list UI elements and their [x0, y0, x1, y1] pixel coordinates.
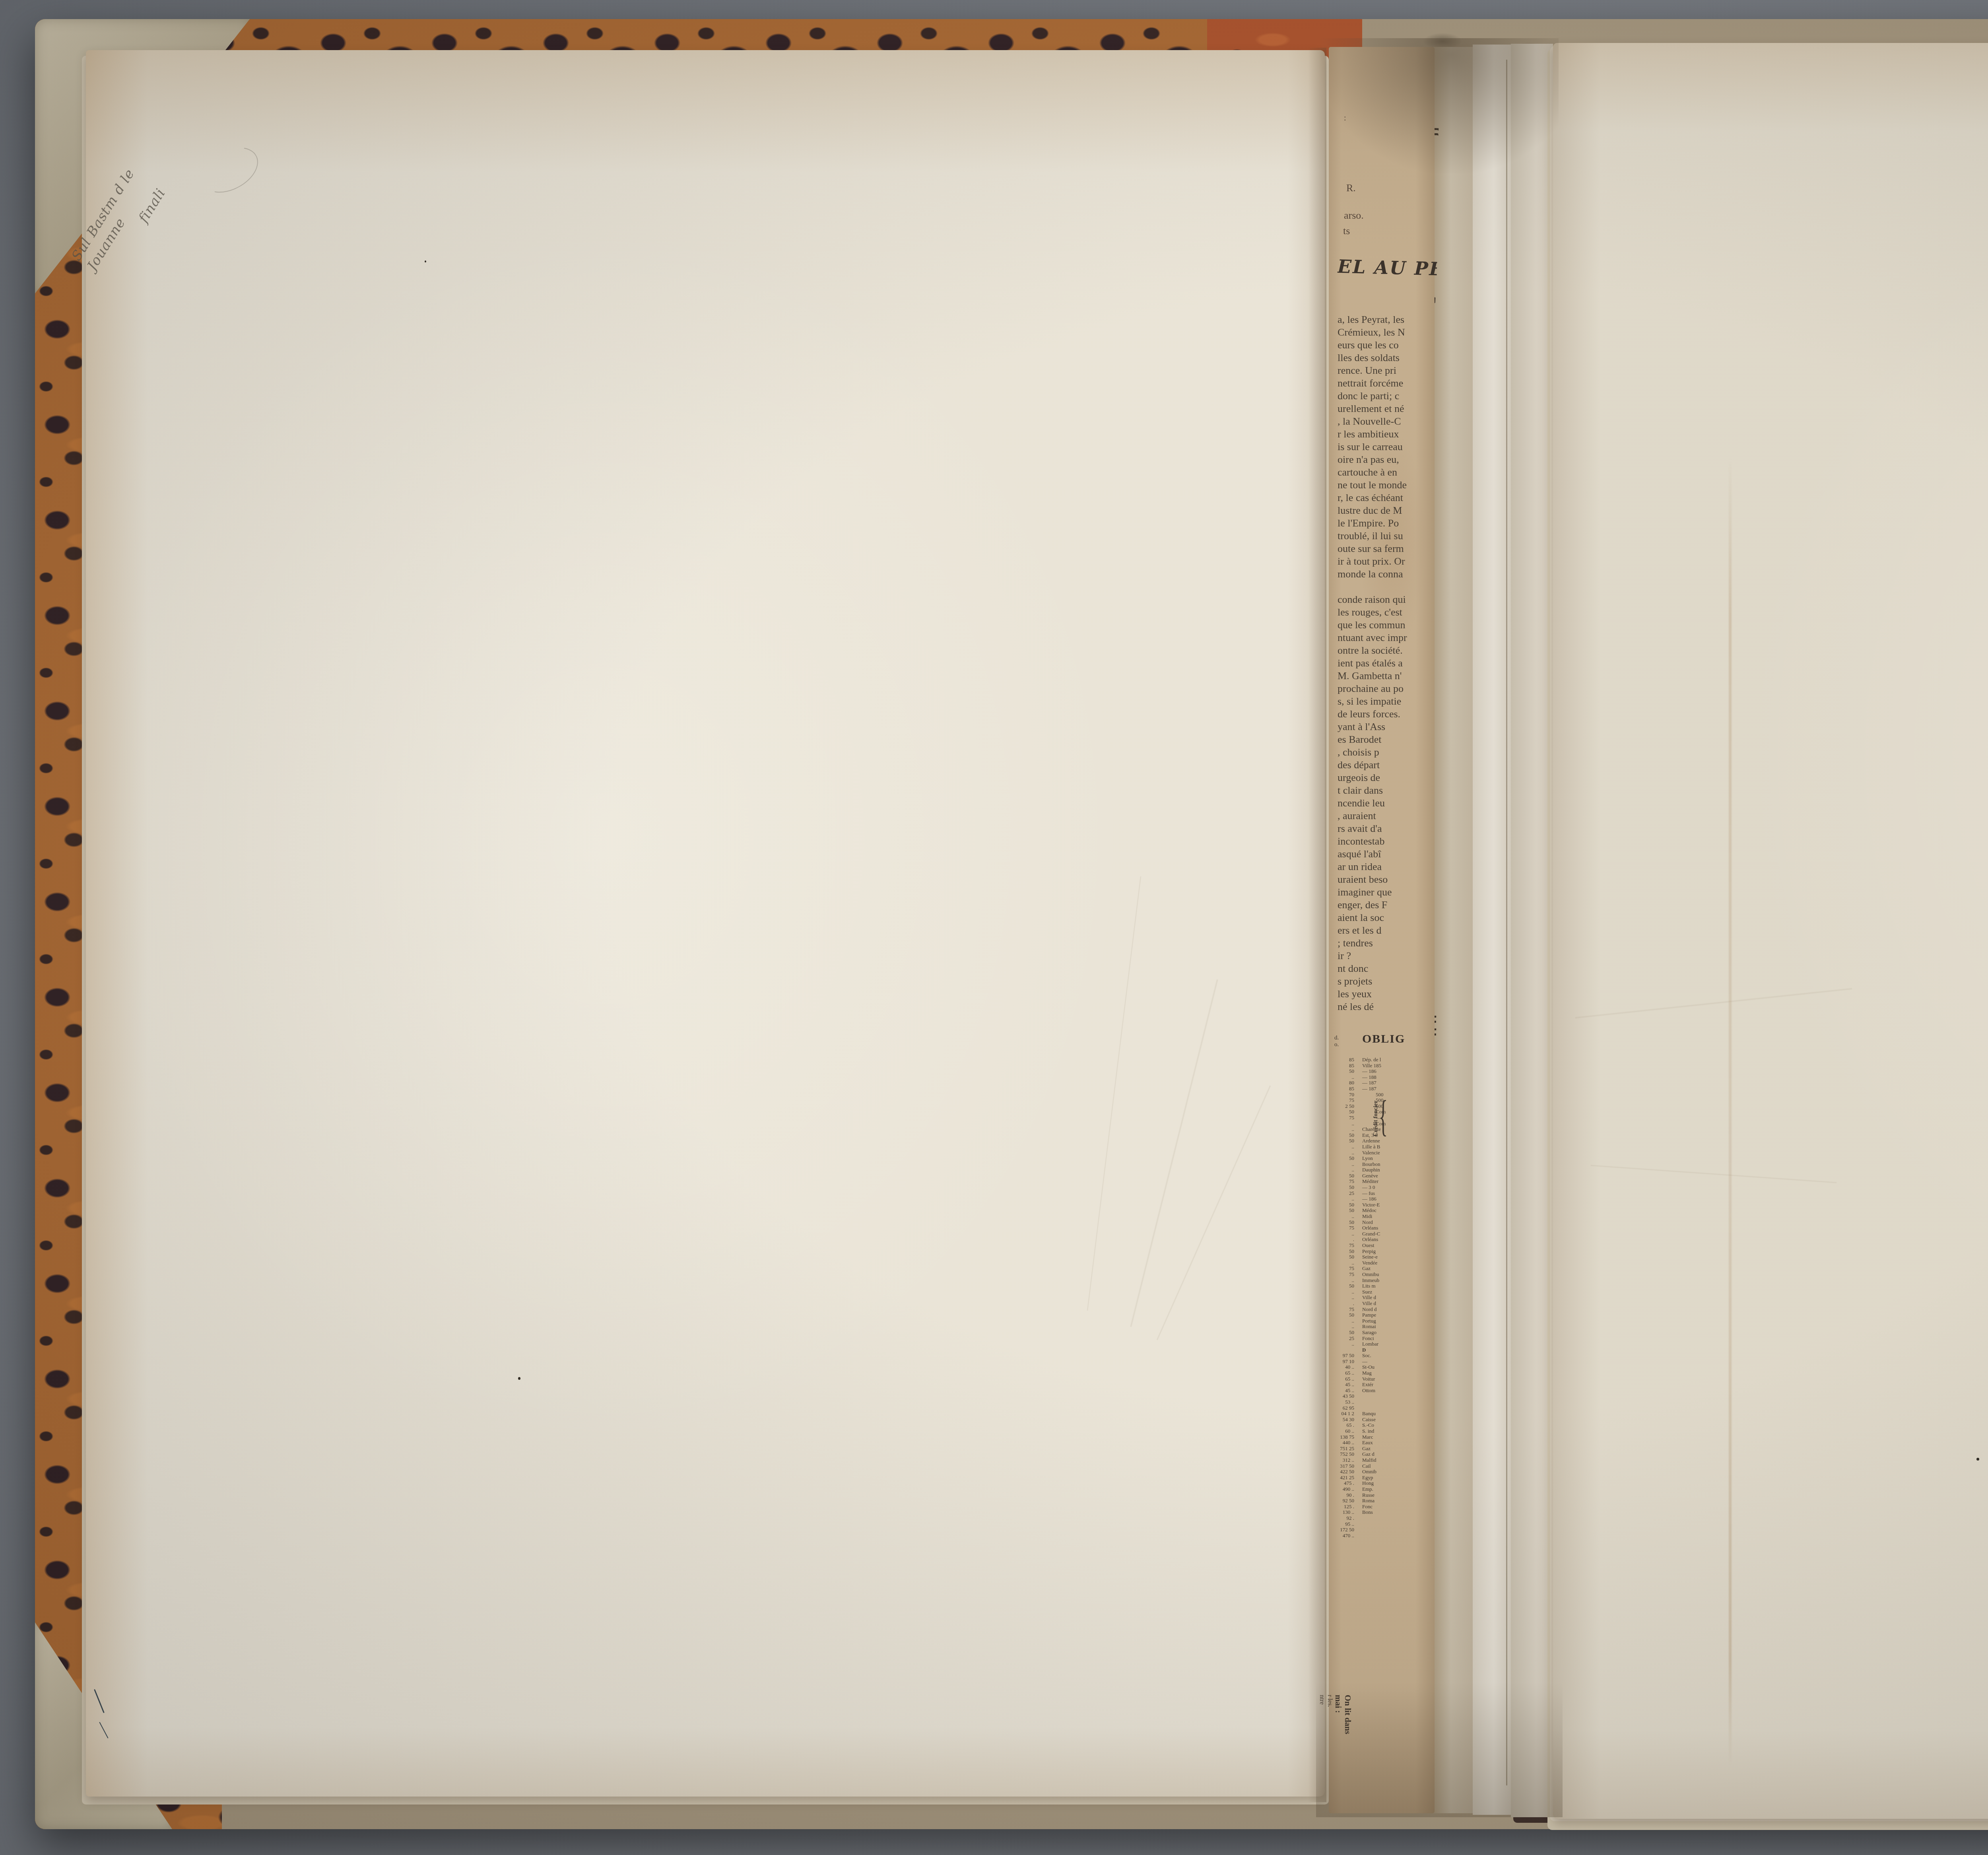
newspaper-text-line: es Barodet	[1338, 733, 1435, 746]
newspaper-text-line: ir à tout prix. Or	[1338, 555, 1435, 568]
price-fragment: ..	[1333, 1150, 1357, 1156]
price-fragment: 50	[1333, 1202, 1357, 1208]
price-fragment: 45 ..	[1333, 1382, 1357, 1388]
price-fragment: 50	[1333, 1220, 1357, 1226]
newspaper-text-line: asqué l'abî	[1338, 848, 1435, 860]
price-fragment: ..	[1333, 1289, 1357, 1295]
gutter-head-wear	[1320, 38, 1559, 173]
security-name-fragment: Banqu	[1357, 1411, 1435, 1417]
security-name-fragment: Nord	[1357, 1220, 1435, 1226]
market-table-row: 50Lyon	[1333, 1156, 1435, 1162]
price-fragment: 85	[1333, 1063, 1357, 1069]
price-fragment: 65 ..	[1333, 1370, 1357, 1376]
security-name-fragment	[1357, 1533, 1435, 1539]
market-table-row: ..Midi	[1333, 1214, 1435, 1220]
price-fragment: 70	[1333, 1092, 1357, 1098]
newspaper-column-text: a, les Peyrat, lesCrémieux, les Neurs qu…	[1338, 313, 1435, 1013]
newspaper-text-line: prochaine au po	[1338, 682, 1435, 695]
market-table-row: 312 ..Malfid	[1333, 1457, 1435, 1463]
security-name-fragment: Egyp	[1357, 1475, 1435, 1481]
price-fragment: 317 50	[1333, 1463, 1357, 1469]
newspaper-text-line: ient pas étalés a	[1338, 657, 1435, 670]
market-table-row: 97 10—	[1333, 1359, 1435, 1365]
newspaper-text-line: que les commun	[1338, 619, 1435, 631]
price-fragment: 97 50	[1333, 1353, 1357, 1359]
market-table-row: 75Ouest	[1333, 1243, 1435, 1249]
price-fragment: 752 50	[1333, 1451, 1357, 1457]
price-fragment: ..	[1333, 1260, 1357, 1266]
market-table-row: 475 .Hong	[1333, 1480, 1435, 1486]
newspaper-text-line: enger, des F	[1338, 899, 1435, 911]
market-table-side-label: Crédit foncier	[1373, 1101, 1379, 1136]
market-table-row: 92 .	[1333, 1515, 1435, 1521]
market-table-row: 50Victor-E	[1333, 1202, 1435, 1208]
security-name-fragment: Eaux	[1357, 1440, 1435, 1446]
market-table-row: ..Vendée	[1333, 1260, 1435, 1266]
newspaper-text-line: t clair dans	[1338, 784, 1435, 797]
market-table-row: 50Nord	[1333, 1220, 1435, 1226]
price-fragment: 50	[1333, 1330, 1357, 1336]
market-table-row: 50Lits m	[1333, 1283, 1435, 1289]
security-name-fragment: Bourbon	[1357, 1162, 1435, 1167]
security-name-fragment: Malfid	[1357, 1457, 1435, 1463]
price-fragment: 75	[1333, 1097, 1357, 1103]
vertical-stain-line	[1729, 457, 1732, 1766]
price-fragment: ..	[1333, 1121, 1357, 1127]
left-blank-page	[86, 50, 1325, 1797]
market-table-row: ..Suez	[1333, 1289, 1435, 1295]
newspaper-fragment: ts	[1343, 225, 1350, 237]
security-name-fragment: Ville 185	[1357, 1063, 1435, 1069]
market-table-row: 138 75Marc	[1333, 1434, 1435, 1440]
newspaper-text-line: lustre duc de M	[1338, 504, 1435, 517]
market-table-row: 470 ..	[1333, 1533, 1435, 1539]
security-name-fragment: —	[1357, 1359, 1435, 1365]
security-name-fragment: Grand-C	[1357, 1231, 1435, 1237]
security-name-fragment: Ville d	[1357, 1301, 1435, 1307]
security-name-fragment: Ouest	[1357, 1243, 1435, 1249]
security-name-fragment: Bons	[1357, 1509, 1435, 1515]
price-fragment: 440 ..	[1333, 1440, 1357, 1446]
price-fragment: 92 .	[1333, 1515, 1357, 1521]
price-fragment: 50	[1333, 1109, 1357, 1115]
price-fragment: ..	[1333, 1318, 1357, 1324]
market-table-row: 25— fus	[1333, 1191, 1435, 1197]
price-fragment: ..	[1333, 1214, 1357, 1220]
security-name-fragment: Charente	[1357, 1127, 1435, 1132]
security-name-fragment: Orléans	[1357, 1225, 1435, 1231]
security-name-fragment: D	[1357, 1347, 1435, 1353]
newspaper-text-line: conde raison qui	[1338, 593, 1435, 606]
newspaper-text-line: monde la conna	[1338, 568, 1435, 581]
speck	[518, 1377, 520, 1380]
security-name-fragment: Nord d	[1357, 1307, 1435, 1313]
newspaper-text-line: des départ	[1338, 759, 1435, 771]
price-fragment: 75	[1333, 1225, 1357, 1231]
newspaper-text-line: is sur le carreau	[1338, 441, 1435, 453]
market-table-row: 50Perpig	[1333, 1249, 1435, 1255]
price-fragment: 50	[1333, 1249, 1357, 1255]
market-table-row: 62 95	[1333, 1405, 1435, 1411]
market-table-row: 751 25Gaz	[1333, 1446, 1435, 1452]
market-table-row: 90 .Russe	[1333, 1492, 1435, 1498]
gutter-tail-shadow	[1316, 1682, 1563, 1817]
price-fragment: 125 .	[1333, 1504, 1357, 1510]
security-name-fragment: Suez	[1357, 1289, 1435, 1295]
marbled-leather-left-edge	[35, 19, 88, 1829]
security-name-fragment: Com	[1357, 1121, 1435, 1127]
security-name-fragment: —	[1357, 1115, 1435, 1121]
newspaper-text-line: imaginer que	[1338, 886, 1435, 899]
price-fragment: 25	[1333, 1191, 1357, 1197]
security-name-fragment: 500	[1357, 1092, 1435, 1098]
column-fragment: o.	[1334, 1041, 1339, 1048]
security-name-fragment: Lits m	[1357, 1283, 1435, 1289]
market-table-row: 50Genève	[1333, 1173, 1435, 1179]
gutter-crease-line	[1506, 60, 1507, 1785]
price-fragment: 138 75	[1333, 1434, 1357, 1440]
price-fragment: 50	[1333, 1283, 1357, 1289]
price-fragment: 50	[1333, 1254, 1357, 1260]
market-table-row: 752 50Gaz d	[1333, 1451, 1435, 1457]
price-fragment: ..	[1333, 1295, 1357, 1301]
market-table-row: 45 ..Extér	[1333, 1382, 1435, 1388]
market-table-brace: {	[1379, 1090, 1388, 1141]
price-fragment: ..	[1333, 1144, 1357, 1150]
newspaper-text-line: lles des soldats	[1338, 352, 1435, 364]
newspaper-text-line: , choisis p	[1338, 746, 1435, 759]
price-fragment: ..	[1333, 1167, 1357, 1173]
price-fragment: ..	[1333, 1074, 1357, 1080]
security-name-fragment: — fus	[1357, 1191, 1435, 1197]
market-table-row: 490 ..Emp.	[1333, 1486, 1435, 1492]
price-fragment: 43 50	[1333, 1393, 1357, 1399]
security-name-fragment: Immeub	[1357, 1278, 1435, 1284]
price-fragment: ..	[1333, 1278, 1357, 1284]
market-table-row: 54 30Caisse	[1333, 1417, 1435, 1423]
security-name-fragment	[1357, 1521, 1435, 1527]
price-fragment	[1333, 1347, 1357, 1353]
security-name-fragment: Seine-e	[1357, 1254, 1435, 1260]
newspaper-text-line: urellement et né	[1338, 402, 1435, 415]
security-name-fragment: — 186	[1357, 1196, 1435, 1202]
price-fragment: 75	[1333, 1115, 1357, 1121]
market-table-row: 65 ..Mag	[1333, 1370, 1435, 1376]
market-table-row: 85Ville 185	[1333, 1063, 1435, 1069]
newspaper-text-line	[1338, 581, 1435, 593]
price-fragment: 470 ..	[1333, 1533, 1357, 1539]
security-name-fragment: Ville d	[1357, 1295, 1435, 1301]
newspaper-text-line: yant à l'Ass	[1338, 721, 1435, 733]
market-table-row: 04 1 2Banqu	[1333, 1411, 1435, 1417]
security-name-fragment: Voitur	[1357, 1376, 1435, 1382]
market-table-row: 172 50	[1333, 1527, 1435, 1533]
security-name-fragment: Com	[1357, 1109, 1435, 1115]
market-table-row: 50— 3 0	[1333, 1185, 1435, 1191]
security-name-fragment: Marc	[1357, 1434, 1435, 1440]
market-table-row: 65 .S.-Co	[1333, 1422, 1435, 1428]
security-name-fragment: Cail	[1357, 1463, 1435, 1469]
market-table-row: 92 50Roma	[1333, 1498, 1435, 1504]
price-fragment: 85	[1333, 1057, 1357, 1063]
price-fragment: 50	[1333, 1156, 1357, 1162]
newspaper-text-line: r les ambitieux	[1338, 428, 1435, 441]
market-table-row: 75Nord d	[1333, 1307, 1435, 1313]
price-fragment: 50	[1333, 1068, 1357, 1074]
market-table-row: 80— 187	[1333, 1080, 1435, 1086]
market-table-row: .Orléans	[1333, 1237, 1435, 1243]
price-fragment: 312 ..	[1333, 1457, 1357, 1463]
security-name-fragment: Est, 3 0	[1357, 1132, 1435, 1138]
security-name-fragment: Méditer	[1357, 1179, 1435, 1185]
market-table-row: 50Sarago	[1333, 1330, 1435, 1336]
price-fragment: 75	[1333, 1266, 1357, 1272]
newspaper-text-line: rence. Une pri	[1338, 364, 1435, 377]
price-fragment: 50	[1333, 1132, 1357, 1138]
market-table-row: 75Orléans	[1333, 1225, 1435, 1231]
market-table-row: 43 50	[1333, 1393, 1435, 1399]
security-name-fragment: — 187	[1357, 1086, 1435, 1092]
market-table-row: ..Immeub	[1333, 1278, 1435, 1284]
market-table-row: ..Dauphin	[1333, 1167, 1435, 1173]
security-name-fragment: Omnib	[1357, 1469, 1435, 1475]
security-name-fragment: Gaz d	[1357, 1451, 1435, 1457]
newspaper-text-line: nettrait forcéme	[1338, 377, 1435, 390]
price-fragment: 50	[1333, 1173, 1357, 1179]
market-table-row: ..Ville d	[1333, 1295, 1435, 1301]
security-name-fragment: Emp.	[1357, 1486, 1435, 1492]
newspaper-text-line: oute sur sa ferm	[1338, 542, 1435, 555]
price-fragment: 75	[1333, 1179, 1357, 1185]
newspaper-text-line: troublé, il lui su	[1338, 530, 1435, 542]
security-name-fragment: Gaz	[1357, 1266, 1435, 1272]
photographed-open-album: : R. arso. ts EL AU PE a, les Peyrat, le…	[0, 0, 1988, 1855]
right-blank-page	[1553, 43, 1988, 1819]
market-table-row: 53 ..	[1333, 1399, 1435, 1405]
security-name-fragment: Lyon	[1357, 1156, 1435, 1162]
newspaper-text-line: ncendie leu	[1338, 797, 1435, 810]
newspaper-text-line: aient la soc	[1338, 911, 1435, 924]
security-name-fragment	[1357, 1399, 1435, 1405]
newspaper-text-line: né les dé	[1338, 1000, 1435, 1013]
market-table-row: 95 ..	[1333, 1521, 1435, 1527]
market-table-row: 85Dép. de l	[1333, 1057, 1435, 1063]
security-name-fragment	[1357, 1527, 1435, 1533]
market-table-row: 45 ..Ottom	[1333, 1388, 1435, 1394]
security-name-fragment: — 3 0	[1357, 1185, 1435, 1191]
market-table-row: 65 ..Voitur	[1333, 1376, 1435, 1382]
price-fragment: ..	[1333, 1341, 1357, 1347]
price-fragment: 04 1 2	[1333, 1411, 1357, 1417]
security-name-fragment: Pampe	[1357, 1312, 1435, 1318]
security-name-fragment: Russe	[1357, 1492, 1435, 1498]
market-table-row: 25Fonci	[1333, 1336, 1435, 1342]
newspaper-text-line: cartouche à en	[1338, 466, 1435, 479]
price-fragment: ..	[1333, 1231, 1357, 1237]
market-table-row: ..— 186	[1333, 1196, 1435, 1202]
newspaper-fragment: R.	[1346, 182, 1356, 194]
security-name-fragment: — 186	[1357, 1068, 1435, 1074]
market-table-row: ..Grand-C	[1333, 1231, 1435, 1237]
newspaper-text-line: eurs que les co	[1338, 339, 1435, 352]
newspaper-text-line: ar un ridea	[1338, 860, 1435, 873]
security-name-fragment: Dép. de l	[1357, 1057, 1435, 1063]
newspaper-headline-fragment: EL AU PE	[1337, 256, 1437, 280]
price-fragment: ..	[1333, 1162, 1357, 1167]
price-fragment: 130 ..	[1333, 1509, 1357, 1515]
market-table-row: 60 ..S. ind	[1333, 1428, 1435, 1434]
market-table-header: OBLIG	[1362, 1032, 1434, 1046]
security-name-fragment: Hong	[1357, 1480, 1435, 1486]
newspaper-text-line: r, le cas échéant	[1338, 491, 1435, 504]
security-name-fragment: Fonc	[1357, 1504, 1435, 1510]
price-fragment: 65 ..	[1333, 1376, 1357, 1382]
market-table-row: 130 ..Bons	[1333, 1509, 1435, 1515]
security-name-fragment: Médoc	[1357, 1208, 1435, 1214]
market-table-row: 50Pampe	[1333, 1312, 1435, 1318]
price-fragment: 97 10	[1333, 1359, 1357, 1365]
newspaper-text-line: s, si les impatie	[1338, 695, 1435, 708]
market-table-row: 440 ..Eaux	[1333, 1440, 1435, 1446]
security-name-fragment: Romai	[1357, 1324, 1435, 1330]
security-name-fragment: Sarago	[1357, 1330, 1435, 1336]
security-name-fragment: 500	[1357, 1097, 1435, 1103]
security-name-fragment: Lille à B	[1357, 1144, 1435, 1150]
newspaper-text-line: donc le parti; c	[1338, 390, 1435, 402]
market-table-row: 97 50Soc.	[1333, 1353, 1435, 1359]
speck	[425, 260, 426, 262]
price-fragment: ..	[1333, 1324, 1357, 1330]
price-fragment: 421 25	[1333, 1475, 1357, 1481]
price-fragment: 60 ..	[1333, 1428, 1357, 1434]
price-fragment: 75	[1333, 1243, 1357, 1249]
market-table-row: 125 .Fonc	[1333, 1504, 1435, 1510]
price-fragment: .	[1333, 1301, 1357, 1307]
security-name-fragment: S. ind	[1357, 1428, 1435, 1434]
newspaper-text-line: , auraient	[1338, 810, 1435, 822]
price-fragment: 85	[1333, 1086, 1357, 1092]
market-table-row: ..Valencie	[1333, 1150, 1435, 1156]
security-name-fragment: Lombar	[1357, 1341, 1435, 1347]
newspaper-text-line: , la Nouvelle-C	[1338, 415, 1435, 428]
market-table-row: 317 50Cail	[1333, 1463, 1435, 1469]
security-name-fragment: Orléans	[1357, 1237, 1435, 1243]
market-table-row: D	[1333, 1347, 1435, 1353]
market-table-row: 40 ..St-Ou	[1333, 1364, 1435, 1370]
newspaper-text-line: oire n'a pas eu,	[1338, 453, 1435, 466]
market-table-row: 75Gaz	[1333, 1266, 1435, 1272]
price-fragment: 65 .	[1333, 1422, 1357, 1428]
price-fragment: 751 25	[1333, 1446, 1357, 1452]
market-table-row: .Ville d	[1333, 1301, 1435, 1307]
security-name-fragment: Vendée	[1357, 1260, 1435, 1266]
market-table-row: 75Omnibu	[1333, 1272, 1435, 1278]
price-fragment: ..	[1333, 1127, 1357, 1132]
market-table-row: ..Portug	[1333, 1318, 1435, 1324]
security-name-fragment: Roma	[1357, 1498, 1435, 1504]
security-name-fragment: 500	[1357, 1103, 1435, 1109]
security-name-fragment: Portug	[1357, 1318, 1435, 1324]
security-name-fragment: Genève	[1357, 1173, 1435, 1179]
market-table-column-fragments: d. o.	[1334, 1035, 1339, 1048]
newspaper-text-line: rs avait d'a	[1338, 822, 1435, 835]
price-fragment: 475 .	[1333, 1480, 1357, 1486]
newspaper-text-line: ne tout le monde	[1338, 479, 1435, 491]
price-fragment: ..	[1333, 1196, 1357, 1202]
price-fragment: 50	[1333, 1185, 1357, 1191]
newspaper-text-line: nt donc	[1338, 962, 1435, 975]
security-name-fragment: Extér	[1357, 1382, 1435, 1388]
market-table-row: 50Seine-e	[1333, 1254, 1435, 1260]
security-name-fragment: Fonci	[1357, 1336, 1435, 1342]
security-name-fragment	[1357, 1515, 1435, 1521]
security-name-fragment: Mag	[1357, 1370, 1435, 1376]
security-name-fragment: Soc.	[1357, 1353, 1435, 1359]
security-name-fragment: Midi	[1357, 1214, 1435, 1220]
newspaper-text-line: s projets	[1338, 975, 1435, 988]
speck	[1976, 1458, 1979, 1461]
price-fragment: 172 50	[1333, 1527, 1357, 1533]
security-name-fragment: Dauphin	[1357, 1167, 1435, 1173]
newspaper-text-line: M. Gambetta n'	[1338, 670, 1435, 682]
price-fragment: 92 50	[1333, 1498, 1357, 1504]
price-fragment: 490 ..	[1333, 1486, 1357, 1492]
gutter-fold-highlight	[1473, 45, 1511, 1815]
price-fragment: 53 ..	[1333, 1399, 1357, 1405]
newspaper-text-line: les rouges, c'est	[1338, 606, 1435, 619]
price-fragment: 54 30	[1333, 1417, 1357, 1423]
gutter-fold-band	[1433, 47, 1473, 1813]
column-fragment: d.	[1334, 1035, 1339, 1041]
market-table-row: ..Bourbon	[1333, 1162, 1435, 1167]
price-fragment: 50	[1333, 1208, 1357, 1214]
market-table-row: ..Lille à B	[1333, 1144, 1435, 1150]
market-table-row: 75Méditer	[1333, 1179, 1435, 1185]
newspaper-text-line: ntuant avec impr	[1338, 631, 1435, 644]
security-name-fragment: Ottom	[1357, 1388, 1435, 1394]
price-fragment: 90 .	[1333, 1492, 1357, 1498]
security-name-fragment: Gaz	[1357, 1446, 1435, 1452]
newspaper-text-line: les yeux	[1338, 988, 1435, 1000]
price-fragment: 75	[1333, 1272, 1357, 1278]
security-name-fragment	[1357, 1405, 1435, 1411]
gutter-shadow	[1308, 48, 1326, 1802]
price-fragment: 25	[1333, 1336, 1357, 1342]
market-table-row: 50— 186	[1333, 1068, 1435, 1074]
market-table-row: ..Lombar	[1333, 1341, 1435, 1347]
security-name-fragment: Victor-E	[1357, 1202, 1435, 1208]
newspaper-text-line: ers et les d	[1338, 924, 1435, 937]
newspaper-text-line: ir ?	[1338, 950, 1435, 962]
price-fragment: 40 ..	[1333, 1364, 1357, 1370]
market-table-row: ..— 188	[1333, 1074, 1435, 1080]
price-fragment: 422 50	[1333, 1469, 1357, 1475]
newspaper-text-line: Crémieux, les N	[1338, 326, 1435, 339]
newspaper-fragment: arso.	[1344, 210, 1364, 221]
security-name-fragment: — 187	[1357, 1080, 1435, 1086]
price-fragment: 50	[1333, 1312, 1357, 1318]
security-name-fragment: Ardenne	[1357, 1138, 1435, 1144]
security-name-fragment: Omnibu	[1357, 1272, 1435, 1278]
market-table-row: 50Médoc	[1333, 1208, 1435, 1214]
newspaper-text-line: uraient beso	[1338, 873, 1435, 886]
price-fragment: 50	[1333, 1138, 1357, 1144]
newspaper-text-line: a, les Peyrat, les	[1338, 313, 1435, 326]
price-fragment: 75	[1333, 1307, 1357, 1313]
security-name-fragment: St-Ou	[1357, 1364, 1435, 1370]
price-fragment: 62 95	[1333, 1405, 1357, 1411]
newspaper-text-line: le l'Empire. Po	[1338, 517, 1435, 530]
